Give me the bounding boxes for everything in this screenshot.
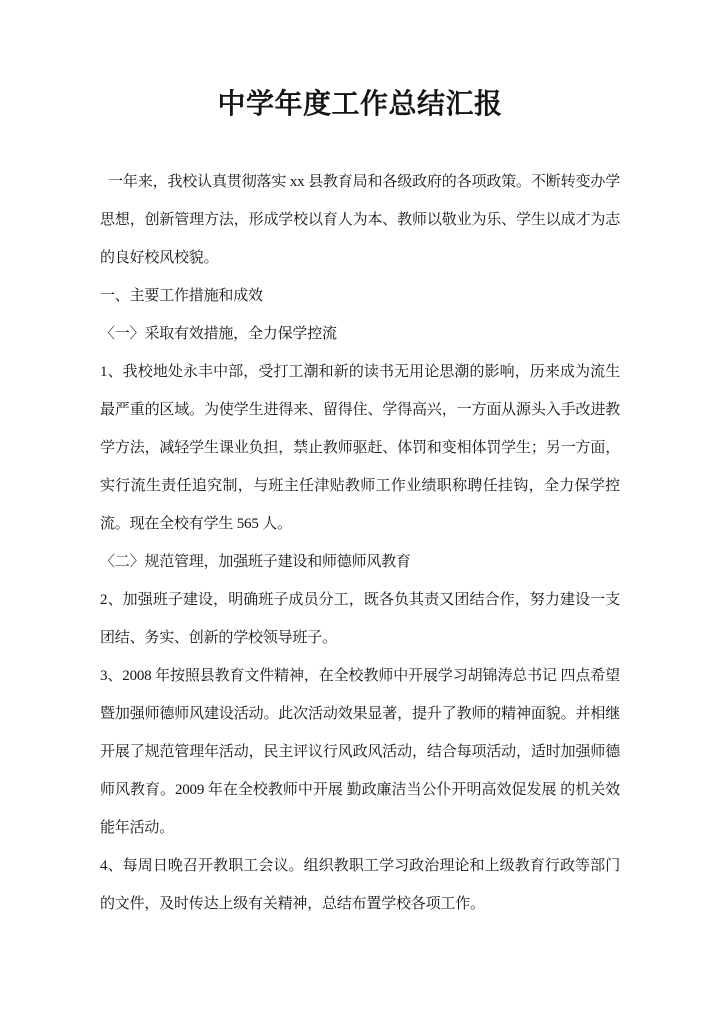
section-heading: 〈二〉规范管理，加强班子建设和师德师风教育 [100, 543, 620, 581]
body-paragraph: 4、每周日晚召开教职工会议。组织教职工学习政治理论和上级教育行政等部门的文件，及… [100, 847, 620, 923]
document-title: 中学年度工作总结汇报 [100, 85, 620, 125]
document-page: 中学年度工作总结汇报 一年来，我校认真贯彻落实 xx 县教育局和各级政府的各项政… [0, 0, 721, 1020]
section-heading: 一、主要工作措施和成效 [100, 277, 620, 315]
body-paragraph: 1、我校地处永丰中部，受打工潮和新的读书无用论思潮的影响，历来成为流生最严重的区… [100, 353, 620, 543]
body-paragraph: 2、加强班子建设，明确班子成员分工，既各负其责又团结合作，努力建设一支团结、务实… [100, 581, 620, 657]
section-heading: 〈一〉采取有效措施，全力保学控流 [100, 315, 620, 353]
document-body: 一年来，我校认真贯彻落实 xx 县教育局和各级政府的各项政策。不断转变办学思想，… [100, 163, 620, 923]
document-content: 中学年度工作总结汇报 一年来，我校认真贯彻落实 xx 县教育局和各级政府的各项政… [0, 85, 721, 923]
body-paragraph: 3、2008 年按照县教育文件精神，在全校教师中开展学习胡锦涛总书记 四点希望 … [100, 657, 620, 847]
body-paragraph: 一年来，我校认真贯彻落实 xx 县教育局和各级政府的各项政策。不断转变办学思想，… [100, 163, 620, 277]
